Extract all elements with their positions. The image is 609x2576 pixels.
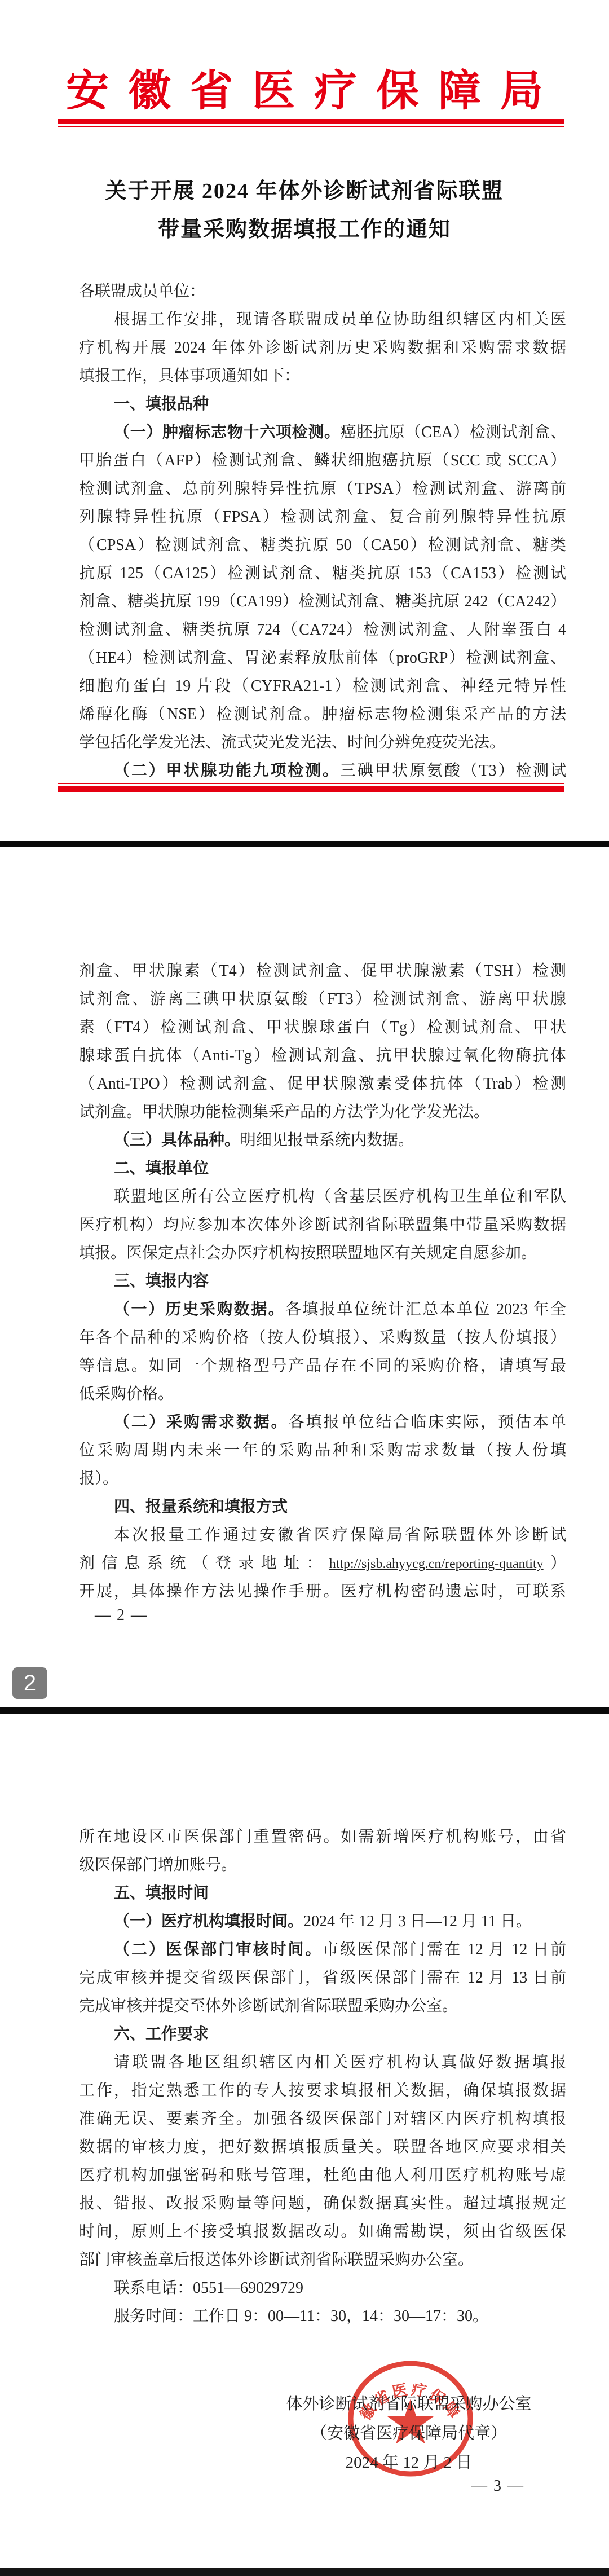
document-text-line: （HE4）检测试剂盒、胃泌素释放肽前体（proGRP）检测试剂盒、 xyxy=(79,644,566,672)
line-text: 请联盟各地区组织辖区内相关医疗机构认真做好数据填报 xyxy=(114,2054,566,2071)
document-text-line: 剂盒、甲状腺素（T4）检测试剂盒、促甲状腺激素（TSH）检测 xyxy=(79,957,566,985)
document-text-line: 联盟地区所有公立医疗机构（含基层医疗机构卫生单位和军队 xyxy=(79,1183,566,1211)
line-text: 试剂盒、游离三碘甲状原氨酸（FT3）检测试剂盒、游离甲状腺 xyxy=(79,990,566,1008)
document-text-line: 报）。 xyxy=(79,1465,566,1493)
line-text: 准确无误、要素齐全。加强各级医保部门对辖区内医疗机构填报 xyxy=(79,2110,566,2128)
line-text: 市级医保部门需在 12 月 12 日前 xyxy=(323,1941,566,1958)
document-text-line: 列腺特异性抗原（FPSA）检测试剂盒、复合前列腺特异性抗原 xyxy=(79,503,566,531)
bold-lead-text: 六、工作要求 xyxy=(114,2025,209,2043)
document-text-line: 甲胎蛋白（AFP）检测试剂盒、鳞状细胞癌抗原（SCC 或 SCCA） xyxy=(79,447,566,475)
system-url-link[interactable]: http://sjsb.ahyycg.cn/reporting-quantity xyxy=(329,1557,544,1571)
page-separator-band-2 xyxy=(0,1707,609,1714)
document-text-line: （Anti-TPO）检测试剂盒、促甲状腺激素受体抗体（Trab）检测 xyxy=(79,1070,566,1098)
line-text: 低采购价格。 xyxy=(79,1385,174,1403)
line-text: 烯醇化酶（NSE）检测试剂盒。肿瘤标志物检测集采产品的方法 xyxy=(79,706,566,723)
document-text-line: 本次报量工作通过安徽省医疗保障局省际联盟体外诊断试 xyxy=(79,1521,566,1549)
line-text: 素（FT4）检测试剂盒、甲状腺球蛋白（Tg）检测试剂盒、甲状 xyxy=(79,1019,566,1036)
bold-lead-text: （一）肿瘤标志物十六项检测。 xyxy=(114,424,341,441)
line-text: 根据工作安排，现请各联盟成员单位协助组织辖区内相关医 xyxy=(114,311,566,328)
line-text: 甲胎蛋白（AFP）检测试剂盒、鳞状细胞癌抗原（SCC 或 SCCA） xyxy=(79,452,566,469)
document-text-line: 数据的审核力度，把好数据填报质量关。联盟各地区应要求相关 xyxy=(79,2133,566,2161)
page-separator-band-1 xyxy=(0,841,609,847)
document-text-line: 四、报量系统和填报方式 xyxy=(79,1493,566,1521)
line-text: 报）。 xyxy=(79,1470,118,1487)
document-title-line-1: 关于开展 2024 年体外诊断试剂省际联盟 xyxy=(0,173,609,204)
bold-lead-text: 五、填报时间 xyxy=(114,1884,209,1902)
document-text-line: 根据工作安排，现请各联盟成员单位协助组织辖区内相关医 xyxy=(79,306,566,334)
signature-agency: （安徽省医疗保障局代章） xyxy=(226,2419,592,2448)
line-text: （HE4）检测试剂盒、胃泌素释放肽前体（proGRP）检测试剂盒、 xyxy=(79,649,566,667)
document-text-line: 时间，原则上不接受填报数据改动。如确需勘误，须由省级医保 xyxy=(79,2218,566,2246)
line-text: 开展，具体操作方法见操作手册。医疗机构密码遗忘时，可联系 xyxy=(79,1583,566,1600)
document-text-line: （二）甲状腺功能九项检测。三碘甲状原氨酸（T3）检测试 xyxy=(79,757,566,785)
page-number-2: — 2 — xyxy=(95,1606,148,1624)
bold-lead-text: 四、报量系统和填报方式 xyxy=(114,1498,288,1516)
line-text: 位采购周期内未来一年的采购品种和采购需求数量（按人份填 xyxy=(79,1442,566,1459)
image-index-badge: 2 xyxy=(12,1667,47,1699)
line-text: 学包括化学发光法、流式荧光发光法、时间分辨免疫荧光法。 xyxy=(79,734,505,751)
line-text: 检测试剂盒、糖类抗原 724（CA724）检测试剂盒、人附睾蛋白 4 xyxy=(79,621,566,639)
document-text-line: 低采购价格。 xyxy=(79,1380,566,1408)
page-red-rule-thin xyxy=(58,783,564,784)
document-text-line: 细胞角蛋白 19 片段（CYFRA21-1）检测试剂盒、神经元特异性 xyxy=(79,672,566,701)
signature-office: 体外诊断试剂省际联盟采购办公室 xyxy=(226,2389,592,2419)
line-text: 填报。医保定点社会办医疗机构按照联盟地区有关规定自愿参加。 xyxy=(79,1244,537,1262)
line-text: 本次报量工作通过安徽省医疗保障局省际联盟体外诊断试 xyxy=(114,1526,566,1544)
letterhead-red-rule-thick xyxy=(58,119,564,124)
line-text: 各填报单位结合临床实际，预估本单 xyxy=(289,1414,566,1431)
document-text-line: 部门审核盖章后报送体外诊断试剂省际联盟采购办公室。 xyxy=(79,2246,566,2274)
document-text-line: 腺球蛋白抗体（Anti-Tg）检测试剂盒、抗甲状腺过氧化物酶抗体 xyxy=(79,1042,566,1070)
line-text: 医疗机构加强密码和账号管理，杜绝由他人利用医疗机构账号虚 xyxy=(79,2167,566,2184)
page-number-3: — 3 — xyxy=(471,2477,524,2495)
line-text: 医疗机构）均应参加本次体外诊断试剂省际联盟集中带量采购数据 xyxy=(79,1216,566,1234)
bold-lead-text: （二）采购需求数据。 xyxy=(114,1414,289,1431)
line-text: 2024 年 12 月 3 日—12 月 11 日。 xyxy=(303,1913,532,1930)
document-text-line: 检测试剂盒、总前列腺特异性抗原（TPSA）检测试剂盒、游离前 xyxy=(79,475,566,503)
document-text-line: （CPSA）检测试剂盒、糖类抗原 50（CA50）检测试剂盒、糖类 xyxy=(79,531,566,560)
letterhead-red-rule-thin xyxy=(58,126,564,127)
document-text-line: 开展，具体操作方法见操作手册。医疗机构密码遗忘时，可联系 xyxy=(79,1578,566,1606)
line-text: 联盟地区所有公立医疗机构（含基层医疗机构卫生单位和军队 xyxy=(114,1188,566,1205)
document-text-line: 级医保部门增加账号。 xyxy=(79,1851,566,1879)
document-text-line: 一、填报品种 xyxy=(79,390,566,419)
bold-lead-text: （二）甲状腺功能九项检测。 xyxy=(114,762,340,780)
document-text-line: （二）采购需求数据。各填报单位结合临床实际，预估本单 xyxy=(79,1408,566,1437)
line-text: 级医保部门增加账号。 xyxy=(79,1856,237,1874)
document-text-line: 报、错报、改报采购量等问题，确保数据真实性。超过填报规定 xyxy=(79,2190,566,2218)
document-text-line: 学包括化学发光法、流式荧光发光法、时间分辨免疫荧光法。 xyxy=(79,729,566,757)
line-text: 填报工作，具体事项通知如下： xyxy=(79,367,300,385)
document-page-3-body: 所在地设区市医保部门重置密码。如需新增医疗机构账号，由省级医保部门增加账号。五、… xyxy=(79,1823,566,2331)
document-text-line: 填报。医保定点社会办医疗机构按照联盟地区有关规定自愿参加。 xyxy=(79,1239,566,1267)
document-text-line: 所在地设区市医保部门重置密码。如需新增医疗机构账号，由省 xyxy=(79,1823,566,1851)
line-text: 抗原 125（CA125）检测试剂盒、糖类抗原 153（CA153）检测试 xyxy=(79,565,566,582)
document-text-line: 完成审核并提交省级医保部门，省级医保部门需在 12 月 13 日前 xyxy=(79,1964,566,1992)
page-red-rule-thick xyxy=(58,786,564,792)
line-text: 各填报单位统计汇总本单位 2023 年全 xyxy=(285,1301,566,1318)
line-text: 三碘甲状原氨酸（T3）检测试 xyxy=(340,762,566,780)
line-text: 等信息。如同一个规格型号产品存在不同的采购价格，请填写最 xyxy=(79,1357,566,1375)
document-text-line: 联系电话：0551—69029729 xyxy=(79,2274,566,2302)
document-text-line: 抗原 125（CA125）检测试剂盒、糖类抗原 153（CA153）检测试 xyxy=(79,560,566,588)
line-text: 列腺特异性抗原（FPSA）检测试剂盒、复合前列腺特异性抗原 xyxy=(79,508,566,526)
line-text: 明细见报量系统内数据。 xyxy=(240,1131,414,1149)
signature-block: 体外诊断试剂省际联盟采购办公室 （安徽省医疗保障局代章） 2024 年 12 月… xyxy=(226,2389,592,2477)
bold-lead-text: 二、填报单位 xyxy=(114,1160,209,1177)
line-text: 年各个品种的采购价格（按人份填报）、采购数量（按人份填报） xyxy=(79,1329,566,1346)
document-page-2-body: 剂盒、甲状腺素（T4）检测试剂盒、促甲状腺激素（TSH）检测试剂盒、游离三碘甲状… xyxy=(79,957,566,1606)
document-text-line: 六、工作要求 xyxy=(79,2020,566,2049)
line-text: 检测试剂盒、总前列腺特异性抗原（TPSA）检测试剂盒、游离前 xyxy=(79,480,566,497)
document-text-line: 烯醇化酶（NSE）检测试剂盒。肿瘤标志物检测集采产品的方法 xyxy=(79,701,566,729)
letterhead-agency-name: 安徽省医疗保障局 xyxy=(0,56,609,118)
document-text-line: 三、填报内容 xyxy=(79,1267,566,1296)
document-text-line: 各联盟成员单位： xyxy=(79,278,566,306)
bold-lead-text: （一）医疗机构填报时间。 xyxy=(114,1913,303,1930)
line-text: 完成审核并提交省级医保部门，省级医保部门需在 12 月 13 日前 xyxy=(79,1969,566,1987)
line-text: 剂盒、甲状腺素（T4）检测试剂盒、促甲状腺激素（TSH）检测 xyxy=(79,962,566,980)
line-text: 所在地设区市医保部门重置密码。如需新增医疗机构账号，由省 xyxy=(79,1828,566,1846)
document-text-line: 医疗机构加强密码和账号管理，杜绝由他人利用医疗机构账号虚 xyxy=(79,2161,566,2190)
document-text-line: 完成审核并提交至体外诊断试剂省际联盟采购办公室。 xyxy=(79,1992,566,2020)
line-text: 细胞角蛋白 19 片段（CYFRA21-1）检测试剂盒、神经元特异性 xyxy=(79,677,566,695)
document-text-line: 检测试剂盒、糖类抗原 724（CA724）检测试剂盒、人附睾蛋白 4 xyxy=(79,616,566,644)
line-text: 各联盟成员单位： xyxy=(79,283,205,300)
document-text-line: 请联盟各地区组织辖区内相关医疗机构认真做好数据填报 xyxy=(79,2049,566,2077)
document-text-line: 工作，指定熟悉工作的专人按要求填报相关数据，确保填报数据 xyxy=(79,2077,566,2105)
line-text: 剂信息系统（登录地址： xyxy=(79,1555,329,1572)
line-text: 时间，原则上不接受填报数据改动。如确需勘误，须由省级医保 xyxy=(79,2223,566,2240)
bold-lead-text: （二）医保部门审核时间。 xyxy=(114,1941,323,1958)
line-text: 剂盒、糖类抗原 199（CA199）检测试剂盒、糖类抗原 242（CA242） xyxy=(79,593,566,610)
document-text-line: 医疗机构）均应参加本次体外诊断试剂省际联盟集中带量采购数据 xyxy=(79,1211,566,1239)
document-page-1-body: 各联盟成员单位：根据工作安排，现请各联盟成员单位协助组织辖区内相关医疗机构开展 … xyxy=(79,278,566,785)
line-text: （CPSA）检测试剂盒、糖类抗原 50（CA50）检测试剂盒、糖类 xyxy=(79,536,566,554)
document-text-line: 试剂盒。甲状腺功能检测集采产品的方法学为化学发光法。 xyxy=(79,1098,566,1126)
line-text: 腺球蛋白抗体（Anti-Tg）检测试剂盒、抗甲状腺过氧化物酶抗体 xyxy=(79,1047,566,1064)
bold-lead-text: （一）历史采购数据。 xyxy=(114,1301,285,1318)
document-text-line: 剂信息系统（登录地址：http://sjsb.ahyycg.cn/reporti… xyxy=(79,1549,566,1578)
line-text: 癌胚抗原（CEA）检测试剂盒、 xyxy=(341,424,566,441)
document-text-line: 年各个品种的采购价格（按人份填报）、采购数量（按人份填报） xyxy=(79,1324,566,1352)
line-text: 完成审核并提交至体外诊断试剂省际联盟采购办公室。 xyxy=(79,1997,458,2015)
document-title-line-2: 带量采购数据填报工作的通知 xyxy=(0,212,609,243)
line-text: （Anti-TPO）检测试剂盒、促甲状腺激素受体抗体（Trab）检测 xyxy=(79,1075,566,1093)
document-text-line: 准确无误、要素齐全。加强各级医保部门对辖区内医疗机构填报 xyxy=(79,2105,566,2133)
bold-lead-text: 三、填报内容 xyxy=(114,1272,209,1290)
document-text-line: （一）肿瘤标志物十六项检测。癌胚抗原（CEA）检测试剂盒、 xyxy=(79,419,566,447)
document-text-line: 二、填报单位 xyxy=(79,1155,566,1183)
document-text-line: （二）医保部门审核时间。市级医保部门需在 12 月 12 日前 xyxy=(79,1936,566,1964)
document-text-line: （一）历史采购数据。各填报单位统计汇总本单位 2023 年全 xyxy=(79,1296,566,1324)
document-text-line: 填报工作，具体事项通知如下： xyxy=(79,362,566,390)
document-text-line: 等信息。如同一个规格型号产品存在不同的采购价格，请填写最 xyxy=(79,1352,566,1380)
line-text: 疗机构开展 2024 年体外诊断试剂历史采购数据和采购需求数据 xyxy=(79,339,566,356)
document-text-line: 试剂盒、游离三碘甲状原氨酸（FT3）检测试剂盒、游离甲状腺 xyxy=(79,985,566,1014)
line-text: 服务时间：工作日 9：00—11：30，14：30—17：30。 xyxy=(114,2308,488,2325)
bold-lead-text: 一、填报品种 xyxy=(114,395,209,413)
line-text: 工作，指定熟悉工作的专人按要求填报相关数据，确保填报数据 xyxy=(79,2082,566,2099)
line-text: 联系电话：0551—69029729 xyxy=(114,2279,303,2297)
line-text-after: ） xyxy=(544,1555,566,1572)
document-text-line: 五、填报时间 xyxy=(79,1879,566,1908)
document-text-line: 服务时间：工作日 9：00—11：30，14：30—17：30。 xyxy=(79,2302,566,2331)
document-text-line: 剂盒、糖类抗原 199（CA199）检测试剂盒、糖类抗原 242（CA242） xyxy=(79,588,566,616)
document-text-line: 疗机构开展 2024 年体外诊断试剂历史采购数据和采购需求数据 xyxy=(79,334,566,362)
signature-date: 2024 年 12 月 2 日 xyxy=(226,2448,592,2477)
bold-lead-text: （三）具体品种。 xyxy=(114,1131,240,1149)
bottom-edge-bar xyxy=(0,2568,609,2576)
line-text: 报、错报、改报采购量等问题，确保数据真实性。超过填报规定 xyxy=(79,2195,566,2212)
document-text-line: （三）具体品种。明细见报量系统内数据。 xyxy=(79,1126,566,1155)
document-text-line: （一）医疗机构填报时间。2024 年 12 月 3 日—12 月 11 日。 xyxy=(79,1908,566,1936)
document-text-line: 位采购周期内未来一年的采购品种和采购需求数量（按人份填 xyxy=(79,1437,566,1465)
line-text: 部门审核盖章后报送体外诊断试剂省际联盟采购办公室。 xyxy=(79,2251,474,2269)
line-text: 数据的审核力度，把好数据填报质量关。联盟各地区应要求相关 xyxy=(79,2138,566,2156)
document-text-line: 素（FT4）检测试剂盒、甲状腺球蛋白（Tg）检测试剂盒、甲状 xyxy=(79,1014,566,1042)
line-text: 试剂盒。甲状腺功能检测集采产品的方法学为化学发光法。 xyxy=(79,1103,489,1121)
